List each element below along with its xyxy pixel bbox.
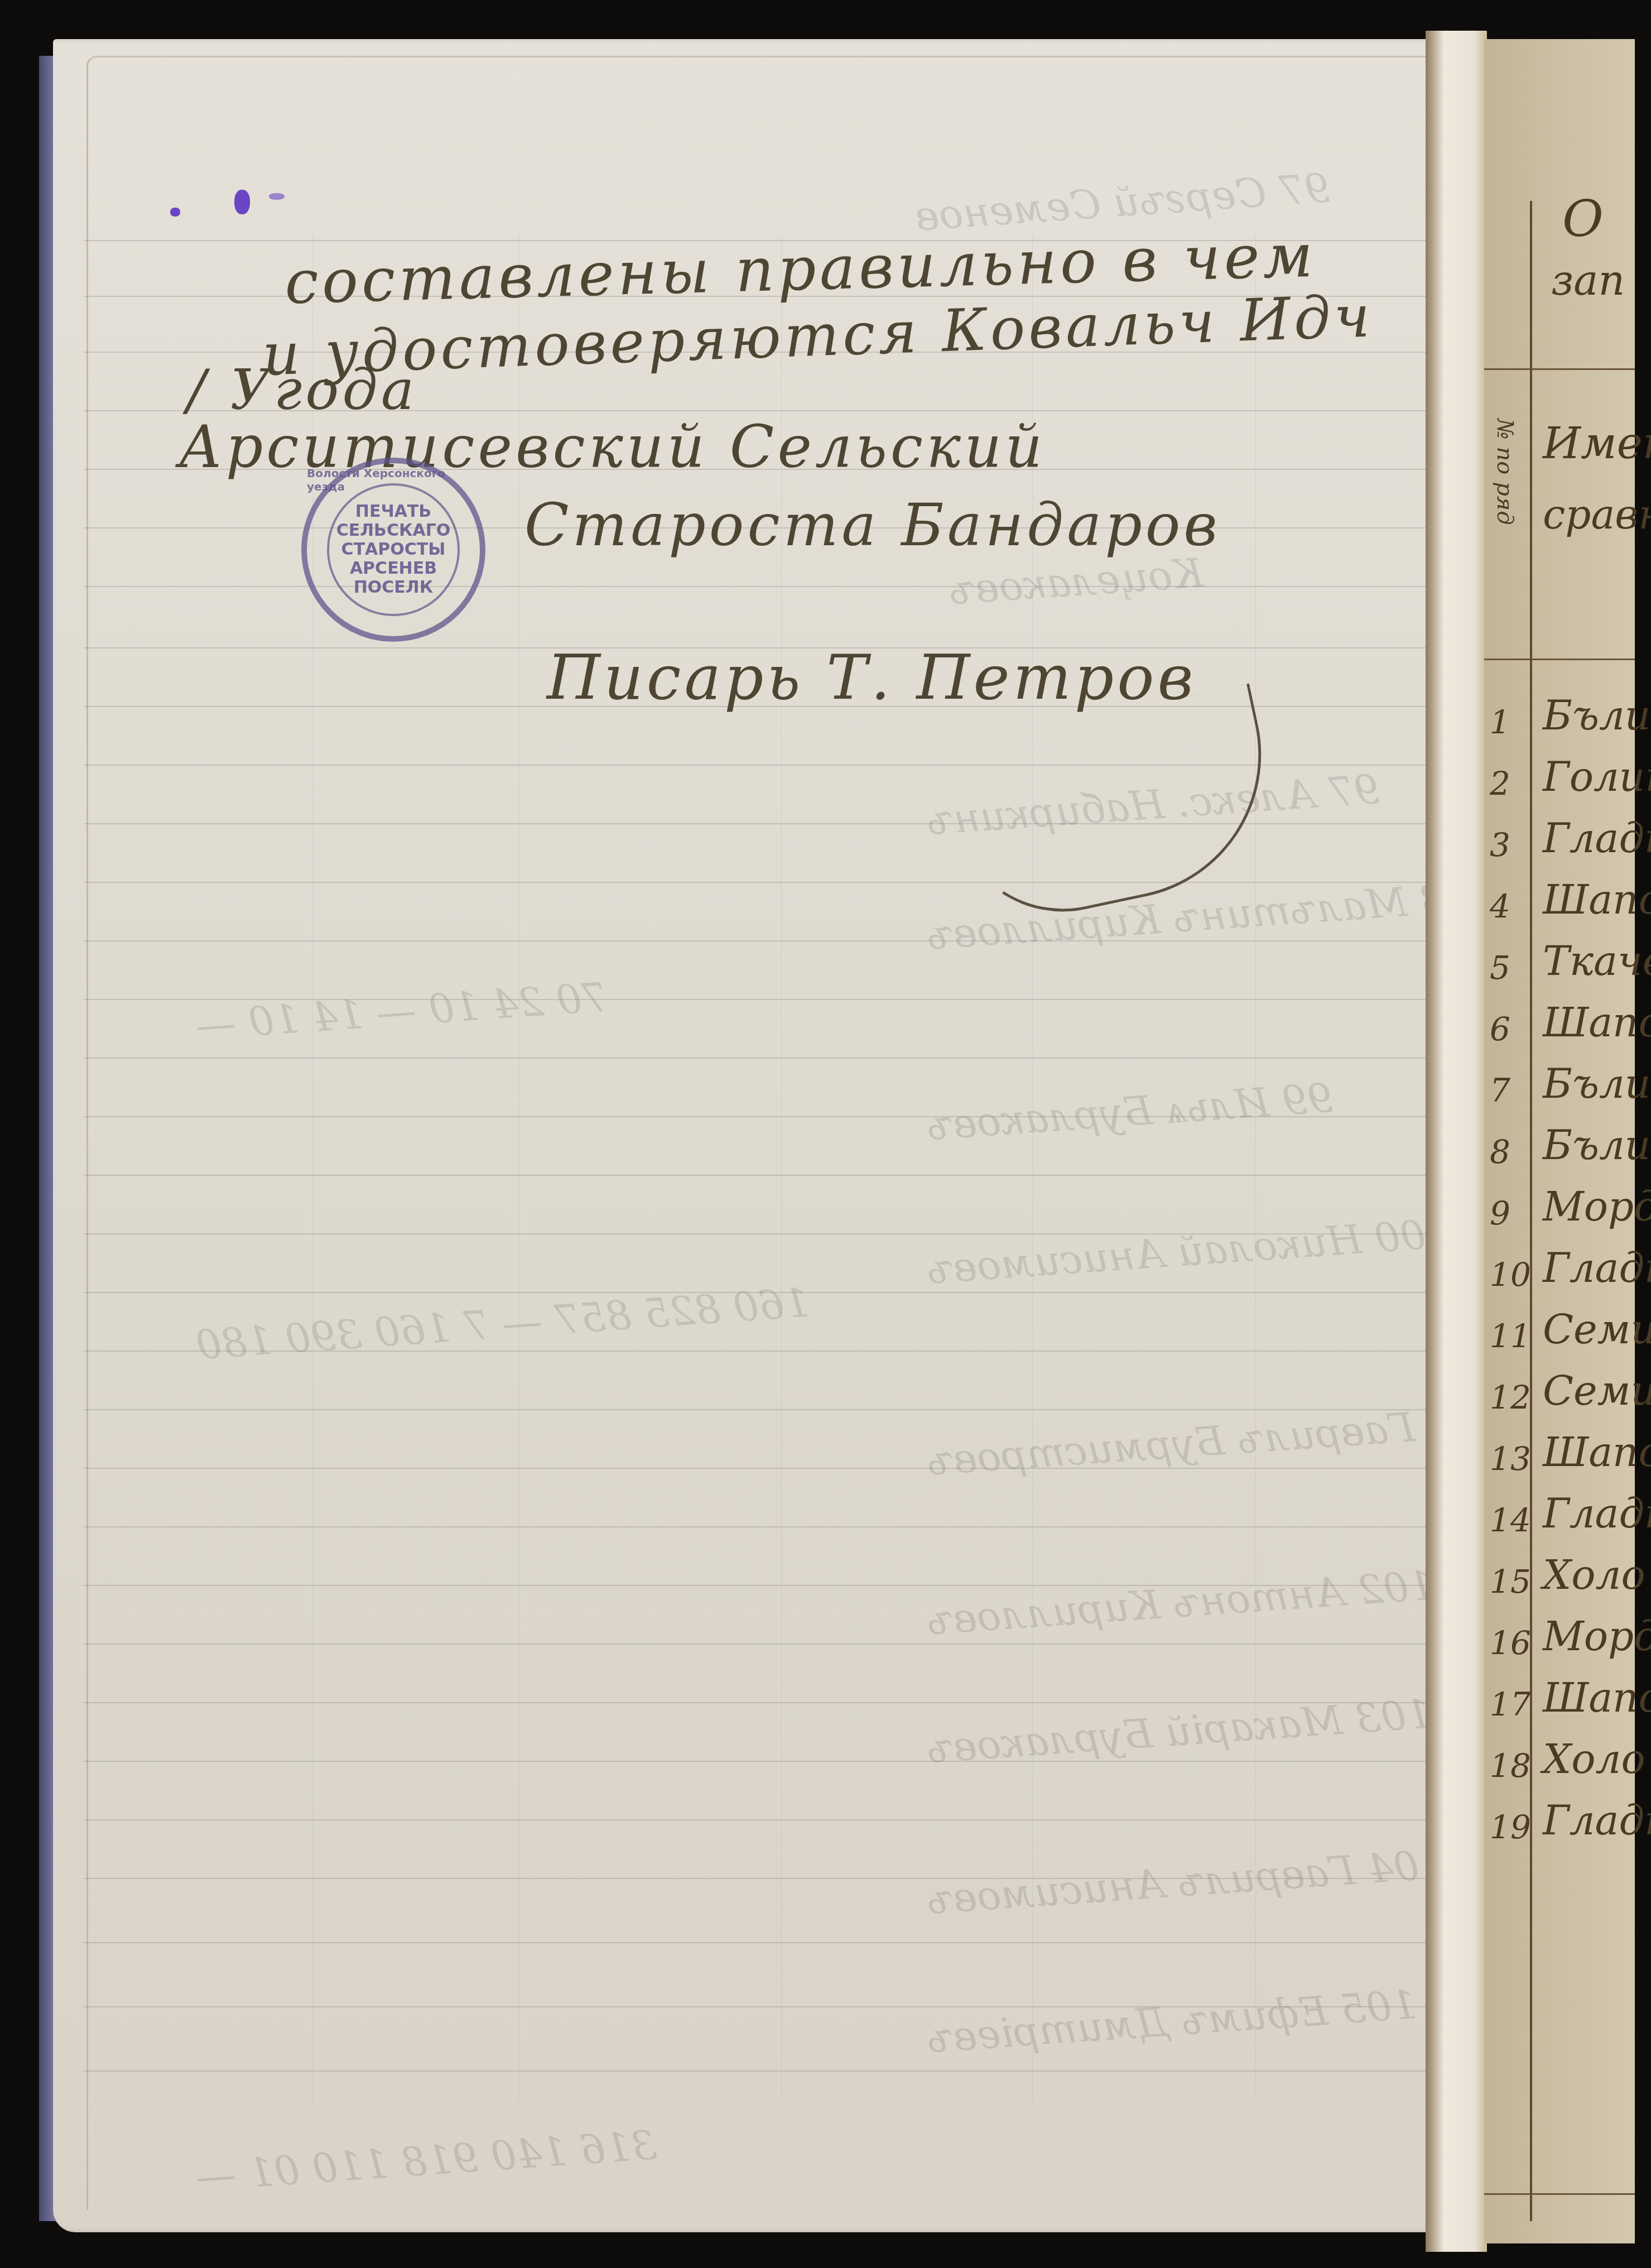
- row-number: 13: [1490, 1440, 1531, 1478]
- row-number: 6: [1490, 1010, 1510, 1048]
- row-name: Гладк: [1543, 1490, 1651, 1537]
- row-number: 12: [1490, 1378, 1531, 1416]
- row-number: 5: [1490, 949, 1510, 987]
- page-gutter: [1426, 31, 1487, 2252]
- row-name: Бълим: [1543, 1122, 1651, 1169]
- row-name: Холо: [1543, 1551, 1645, 1598]
- row-number: 16: [1490, 1624, 1531, 1662]
- row-name: Шапо: [1543, 999, 1651, 1046]
- row-number: 2: [1490, 765, 1510, 803]
- table-bottom-rule: [1484, 2193, 1635, 2195]
- row-number: 19: [1490, 1808, 1531, 1846]
- header-fragment: зап: [1551, 257, 1625, 305]
- row-name: Холо: [1543, 1736, 1645, 1782]
- column-header-names: Имена: [1543, 419, 1651, 469]
- row-number: 10: [1490, 1256, 1531, 1294]
- row-number: 7: [1490, 1071, 1510, 1109]
- row-number: 14: [1490, 1501, 1531, 1539]
- row-name: Гладк: [1543, 1797, 1651, 1844]
- table-column-divider: [1530, 201, 1532, 2221]
- row-name: Бълим: [1543, 1060, 1651, 1107]
- row-number: 18: [1490, 1747, 1531, 1785]
- right-page: О зап № по ряд Имена сравн 1 Бълим 2 Гол…: [1484, 39, 1635, 2243]
- certification-line-5: Староста Бандаров: [524, 491, 1221, 559]
- row-name: Семи: [1543, 1367, 1651, 1414]
- ink-blot: [269, 193, 285, 200]
- column-header-names-2: сравн: [1543, 491, 1651, 538]
- stamp-outer-text: Волости Херсонского уезда: [307, 463, 480, 636]
- official-stamp: Волости Херсонского уезда ПЕЧАТЬ СЕЛЬСКА…: [301, 458, 485, 642]
- row-name: Шапо: [1543, 1674, 1651, 1721]
- row-name: Семи: [1543, 1306, 1651, 1353]
- row-name: Морд: [1543, 1183, 1651, 1230]
- row-number: 9: [1490, 1194, 1510, 1232]
- row-number: 17: [1490, 1685, 1531, 1723]
- row-name: Шапо: [1543, 1429, 1651, 1476]
- row-number: 3: [1490, 826, 1510, 864]
- table-rule: [1484, 659, 1635, 660]
- table-rule: [1484, 368, 1635, 370]
- row-name: Голин: [1543, 753, 1651, 800]
- ink-blot: [170, 208, 180, 217]
- row-number: 15: [1490, 1563, 1531, 1601]
- row-name: Гладк: [1543, 815, 1651, 862]
- clerk-signature: Писарь Т. Петров: [547, 642, 1197, 713]
- row-number: 8: [1490, 1133, 1510, 1171]
- row-name: Морд: [1543, 1613, 1651, 1660]
- row-name: Шапо: [1543, 876, 1651, 923]
- row-number: 11: [1490, 1317, 1531, 1355]
- row-number: 1: [1490, 703, 1510, 741]
- ink-blot: [234, 190, 250, 214]
- row-number: 4: [1490, 887, 1510, 925]
- row-name: Гладк: [1543, 1244, 1651, 1291]
- header-fragment: О: [1562, 190, 1604, 248]
- row-name: Ткаче: [1543, 938, 1651, 984]
- column-header-number: № по ряд: [1492, 419, 1518, 525]
- row-name: Бълим: [1543, 692, 1651, 739]
